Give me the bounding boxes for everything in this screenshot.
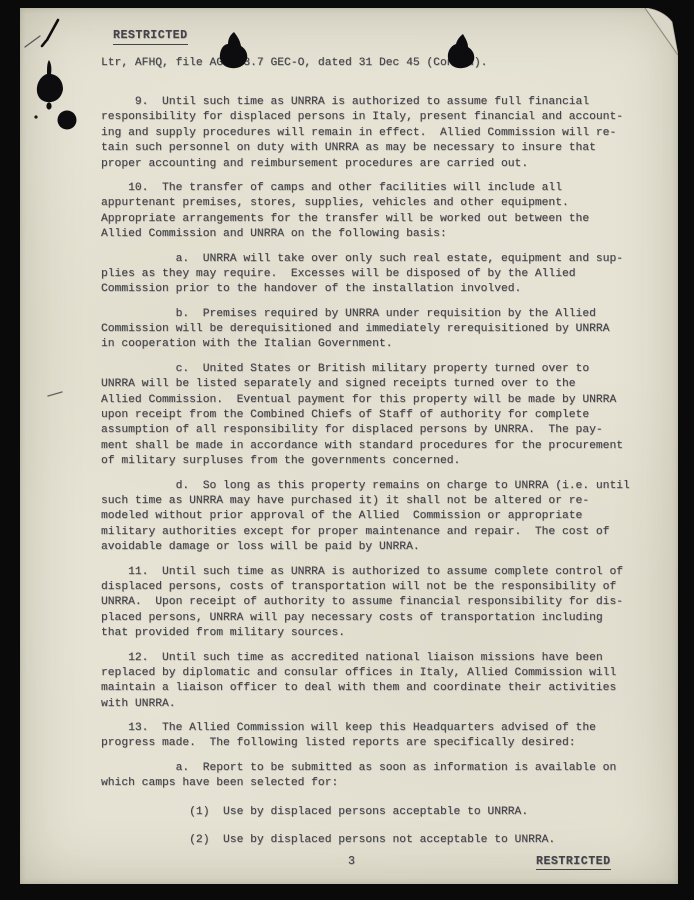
text-line: UNRRA. Upon receipt of authority to assu… xyxy=(101,595,658,610)
text-line: tain such personnel on duty with UNRRA a… xyxy=(101,141,658,156)
paragraph-item-1: (1) Use by displaced persons acceptable … xyxy=(101,805,658,820)
text-line: responsibility for displaced persons in … xyxy=(101,110,658,125)
text-line: UNRRA will be listed separately and sign… xyxy=(101,377,658,392)
text-line: 11. Until such time as UNRRA is authoriz… xyxy=(101,565,658,580)
text-line: that provided from military sources. xyxy=(101,626,658,641)
text-line: of military surpluses from the governmen… xyxy=(101,454,658,469)
reference-line: Ltr, AFHQ, file AG 383.7 GEC-O, dated 31… xyxy=(101,57,487,69)
text-line: military authorities except for proper m… xyxy=(101,525,658,540)
text-line: c. United States or British military pro… xyxy=(101,362,658,377)
text-line: Allied Commission. Eventual payment for … xyxy=(101,393,658,408)
page-number: 3 xyxy=(348,855,355,868)
paragraph-para-12: 12. Until such time as accredited nation… xyxy=(101,651,658,713)
paragraph-para-10b: b. Premises required by UNRRA under requ… xyxy=(101,307,658,353)
text-line: Commission will be derequisitioned and i… xyxy=(101,322,658,337)
paragraph-para-13: 13. The Allied Commission will keep this… xyxy=(101,721,658,752)
text-line: which camps have been selected for: xyxy=(101,776,658,791)
paragraph-para-11: 11. Until such time as UNRRA is authoriz… xyxy=(101,565,658,642)
text-line: d. So long as this property remains on c… xyxy=(101,479,658,494)
document-page: RESTRICTED Ltr, AFHQ, file AG 383.7 GEC-… xyxy=(20,8,678,884)
text-line: such time as UNRRA may have purchased it… xyxy=(101,494,658,509)
text-line: 12. Until such time as accredited nation… xyxy=(101,651,658,666)
paragraph-para-10d: d. So long as this property remains on c… xyxy=(101,479,658,556)
text-line: upon receipt from the Combined Chiefs of… xyxy=(101,408,658,423)
paragraph-para-9: 9. Until such time as UNRRA is authorize… xyxy=(101,95,658,172)
text-line: replaced by diplomatic and consular offi… xyxy=(101,666,658,681)
text-line: appurtenant premises, stores, supplies, … xyxy=(101,196,658,211)
text-line: Allied Commission and UNRRA on the follo… xyxy=(101,227,658,242)
text-line: 13. The Allied Commission will keep this… xyxy=(101,721,658,736)
text-line: ment shall be made in accordance with st… xyxy=(101,439,658,454)
text-line: progress made. The following listed repo… xyxy=(101,736,658,751)
document-body: 9. Until such time as UNRRA is authorize… xyxy=(101,95,658,848)
text-line: plies as they may require. Excesses will… xyxy=(101,267,658,282)
text-line: Commission prior to the handover of the … xyxy=(101,282,658,297)
scanned-document-photo: { "colors": { "background": "#0a0a0a", "… xyxy=(0,0,694,900)
text-line: 9. Until such time as UNRRA is authorize… xyxy=(101,95,658,110)
text-line: 10. The transfer of camps and other faci… xyxy=(101,181,658,196)
text-line: b. Premises required by UNRRA under requ… xyxy=(101,307,658,322)
paragraph-para-10: 10. The transfer of camps and other faci… xyxy=(101,181,658,243)
text-line: (2) Use by displaced persons not accepta… xyxy=(101,833,658,848)
classification-footer: RESTRICTED xyxy=(536,855,611,870)
text-line: (1) Use by displaced persons acceptable … xyxy=(101,805,658,820)
text-line: ing and supply procedures will remain in… xyxy=(101,126,658,141)
text-line: in cooperation with the Italian Governme… xyxy=(101,337,658,352)
text-line: with UNRRA. xyxy=(101,697,658,712)
text-line: proper accounting and reimbursement proc… xyxy=(101,157,658,172)
text-line: modeled without prior approval of the Al… xyxy=(101,509,658,524)
text-line: a. Report to be submitted as soon as inf… xyxy=(101,761,658,776)
text-line: avoidable damage or loss will be paid by… xyxy=(101,540,658,555)
text-line: maintain a liaison officer to deal with … xyxy=(101,681,658,696)
paragraph-para-10c: c. United States or British military pro… xyxy=(101,362,658,470)
text-line: a. UNRRA will take over only such real e… xyxy=(101,252,658,267)
paragraph-para-13a: a. Report to be submitted as soon as inf… xyxy=(101,761,658,792)
paragraph-para-10a: a. UNRRA will take over only such real e… xyxy=(101,252,658,298)
text-line: Appropriate arrangements for the transfe… xyxy=(101,212,658,227)
paragraph-item-2: (2) Use by displaced persons not accepta… xyxy=(101,833,658,848)
classification-header: RESTRICTED xyxy=(113,29,188,45)
text-line: displaced persons, costs of transportati… xyxy=(101,580,658,595)
text-line: assumption of all responsibility for dis… xyxy=(101,423,658,438)
text-line: placed persons, UNRRA will pay necessary… xyxy=(101,611,658,626)
